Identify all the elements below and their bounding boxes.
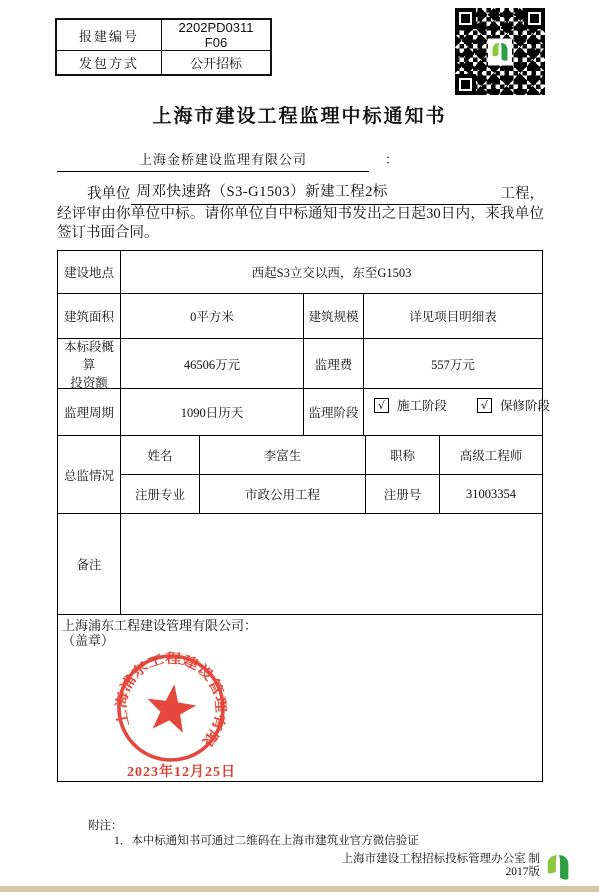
fee-value: 557万元 <box>363 339 542 388</box>
issuer-version: 2017版 <box>342 866 540 879</box>
table-row-signature: 上海浦东工程建设管理有限公司： （盖章） 上海浦东工程建设管理有限公司 2023… <box>58 614 542 781</box>
notice-body-line1: 我单位 周邓快速路（S3-G1503）新建工程2标 工程， <box>57 183 544 205</box>
desk-background-strip <box>0 886 599 892</box>
chief-name-value: 李富生 <box>199 436 365 474</box>
footnote-item: 1．本中标通知书可通过二维码在上海市建筑业官方微信验证 <box>114 834 419 849</box>
chief-label: 总监情况 <box>58 436 120 513</box>
chief-name-label: 姓名 <box>121 436 199 474</box>
award-notice-page: { "reg_box": { "rows": [ {"label": "报建编号… <box>0 0 599 892</box>
remark-label: 备注 <box>58 514 120 614</box>
chief-major-label: 注册专业 <box>121 475 199 513</box>
body-rest: 经评审由你单位中标。请你单位自中标通知书发出之日起30日内，来我单位签订书面合同… <box>57 205 544 244</box>
area-label: 建筑面积 <box>58 294 120 338</box>
remark-value <box>120 514 542 614</box>
scale-label: 建筑规模 <box>303 294 363 338</box>
stage-options: √ 施工阶段 √ 保修阶段 <box>363 389 550 435</box>
investment-value: 46506万元 <box>120 339 303 388</box>
issuing-company-name: 上海浦东工程建设管理有限公司： <box>62 618 257 633</box>
stage-option-label: 保修阶段 <box>500 396 550 414</box>
contract-method-label: 发包方式 <box>56 51 162 76</box>
scale-value: 详见项目明细表 <box>363 294 542 338</box>
reg-number-label: 报建编号 <box>56 19 162 51</box>
brand-leaf-icon <box>491 41 509 62</box>
verification-qr-code <box>455 8 545 95</box>
qr-finder-icon <box>455 8 476 29</box>
contract-method-value: 公开招标 <box>162 51 272 76</box>
chief-regno-label: 注册号 <box>365 475 439 513</box>
table-row-period: 监理周期 1090日历天 监理阶段 √ 施工阶段 √ 保修阶段 <box>58 388 542 435</box>
qr-finder-icon <box>524 8 545 29</box>
checked-checkbox-icon: √ <box>477 398 492 413</box>
table-row: 发包方式 公开招标 <box>56 51 271 76</box>
footnote-block: 附注： 1．本中标通知书可通过二维码在上海市建筑业官方微信验证 <box>88 819 419 849</box>
salutation-line: 上海金桥建设监理有限公司： <box>57 149 398 172</box>
chief-sub-table: 姓名 李富生 职称 高级工程师 注册专业 市政公用工程 注册号 31003354 <box>120 436 542 513</box>
issuer-attribution: 上海市建设工程招标投标管理办公室 制 2017版 <box>342 853 540 879</box>
notice-body: 我单位 周邓快速路（S3-G1503）新建工程2标 工程， 经评审由你单位中标。… <box>57 183 544 244</box>
period-label: 监理周期 <box>58 389 120 435</box>
body-prefix: 我单位 <box>87 185 131 205</box>
brand-leaf-icon <box>544 853 572 882</box>
page-title: 上海市建设工程监理中标通知书 <box>0 101 599 128</box>
chief-major-value: 市政公用工程 <box>199 475 365 513</box>
period-value: 1090日历天 <box>120 389 303 435</box>
qr-finder-icon <box>455 74 476 95</box>
stage-option-label: 施工阶段 <box>397 396 447 414</box>
signature-block: 上海浦东工程建设管理有限公司： （盖章） 上海浦东工程建设管理有限公司 2023… <box>58 615 542 781</box>
table-row-location: 建设地点 西起S3立交以西，东至G1503 <box>58 251 542 293</box>
body-suffix: 工程， <box>501 185 545 205</box>
table-row: 报建编号 2202PD0311 F06 <box>56 19 271 51</box>
salutation-colon: ： <box>385 152 398 167</box>
stage-option-construction: √ 施工阶段 <box>374 396 447 414</box>
issuer-office: 上海市建设工程招标投标管理办公室 制 <box>342 853 540 866</box>
stage-label: 监理阶段 <box>303 389 363 435</box>
checked-checkbox-icon: √ <box>374 398 389 413</box>
footnote-label: 附注： <box>88 819 419 834</box>
location-label: 建设地点 <box>58 251 120 293</box>
stage-option-warranty: √ 保修阶段 <box>477 396 550 414</box>
company-seal-stamp: 上海浦东工程建设管理有限公司 <box>114 651 228 765</box>
table-row-investment: 本标段概算 投资额 46506万元 监理费 557万元 <box>58 338 542 388</box>
chief-title-value: 高级工程师 <box>439 436 542 474</box>
location-value: 西起S3立交以西，东至G1503 <box>120 251 542 293</box>
table-row-area: 建筑面积 0平方米 建筑规模 详见项目明细表 <box>58 293 542 338</box>
fee-label: 监理费 <box>303 339 363 388</box>
investment-label: 本标段概算 投资额 <box>58 339 120 388</box>
issue-date: 2023年12月25日 <box>127 765 236 780</box>
table-row: 姓名 李富生 职称 高级工程师 <box>121 436 542 474</box>
project-name-underlined: 周邓快速路（S3-G1503）新建工程2标 <box>131 183 501 205</box>
reg-number-value: 2202PD0311 F06 <box>162 19 272 51</box>
table-row-chief-supervisor: 总监情况 姓名 李富生 职称 高级工程师 注册专业 市政公用工程 注册号 310… <box>58 435 542 513</box>
chief-title-label: 职称 <box>365 436 439 474</box>
seal-star-icon <box>143 681 198 734</box>
winning-company-name: 上海金桥建设监理有限公司 <box>57 149 369 172</box>
project-info-table: 建设地点 西起S3立交以西，东至G1503 建筑面积 0平方米 建筑规模 详见项… <box>57 250 543 782</box>
area-value: 0平方米 <box>120 294 303 338</box>
seal-hint: （盖章） <box>62 633 114 648</box>
table-row-remark: 备注 <box>58 513 542 614</box>
chief-regno-value: 31003354 <box>439 475 542 513</box>
qr-center-logo <box>488 38 512 65</box>
table-row: 注册专业 市政公用工程 注册号 31003354 <box>121 474 542 513</box>
registration-box: 报建编号 2202PD0311 F06 发包方式 公开招标 <box>55 18 272 76</box>
